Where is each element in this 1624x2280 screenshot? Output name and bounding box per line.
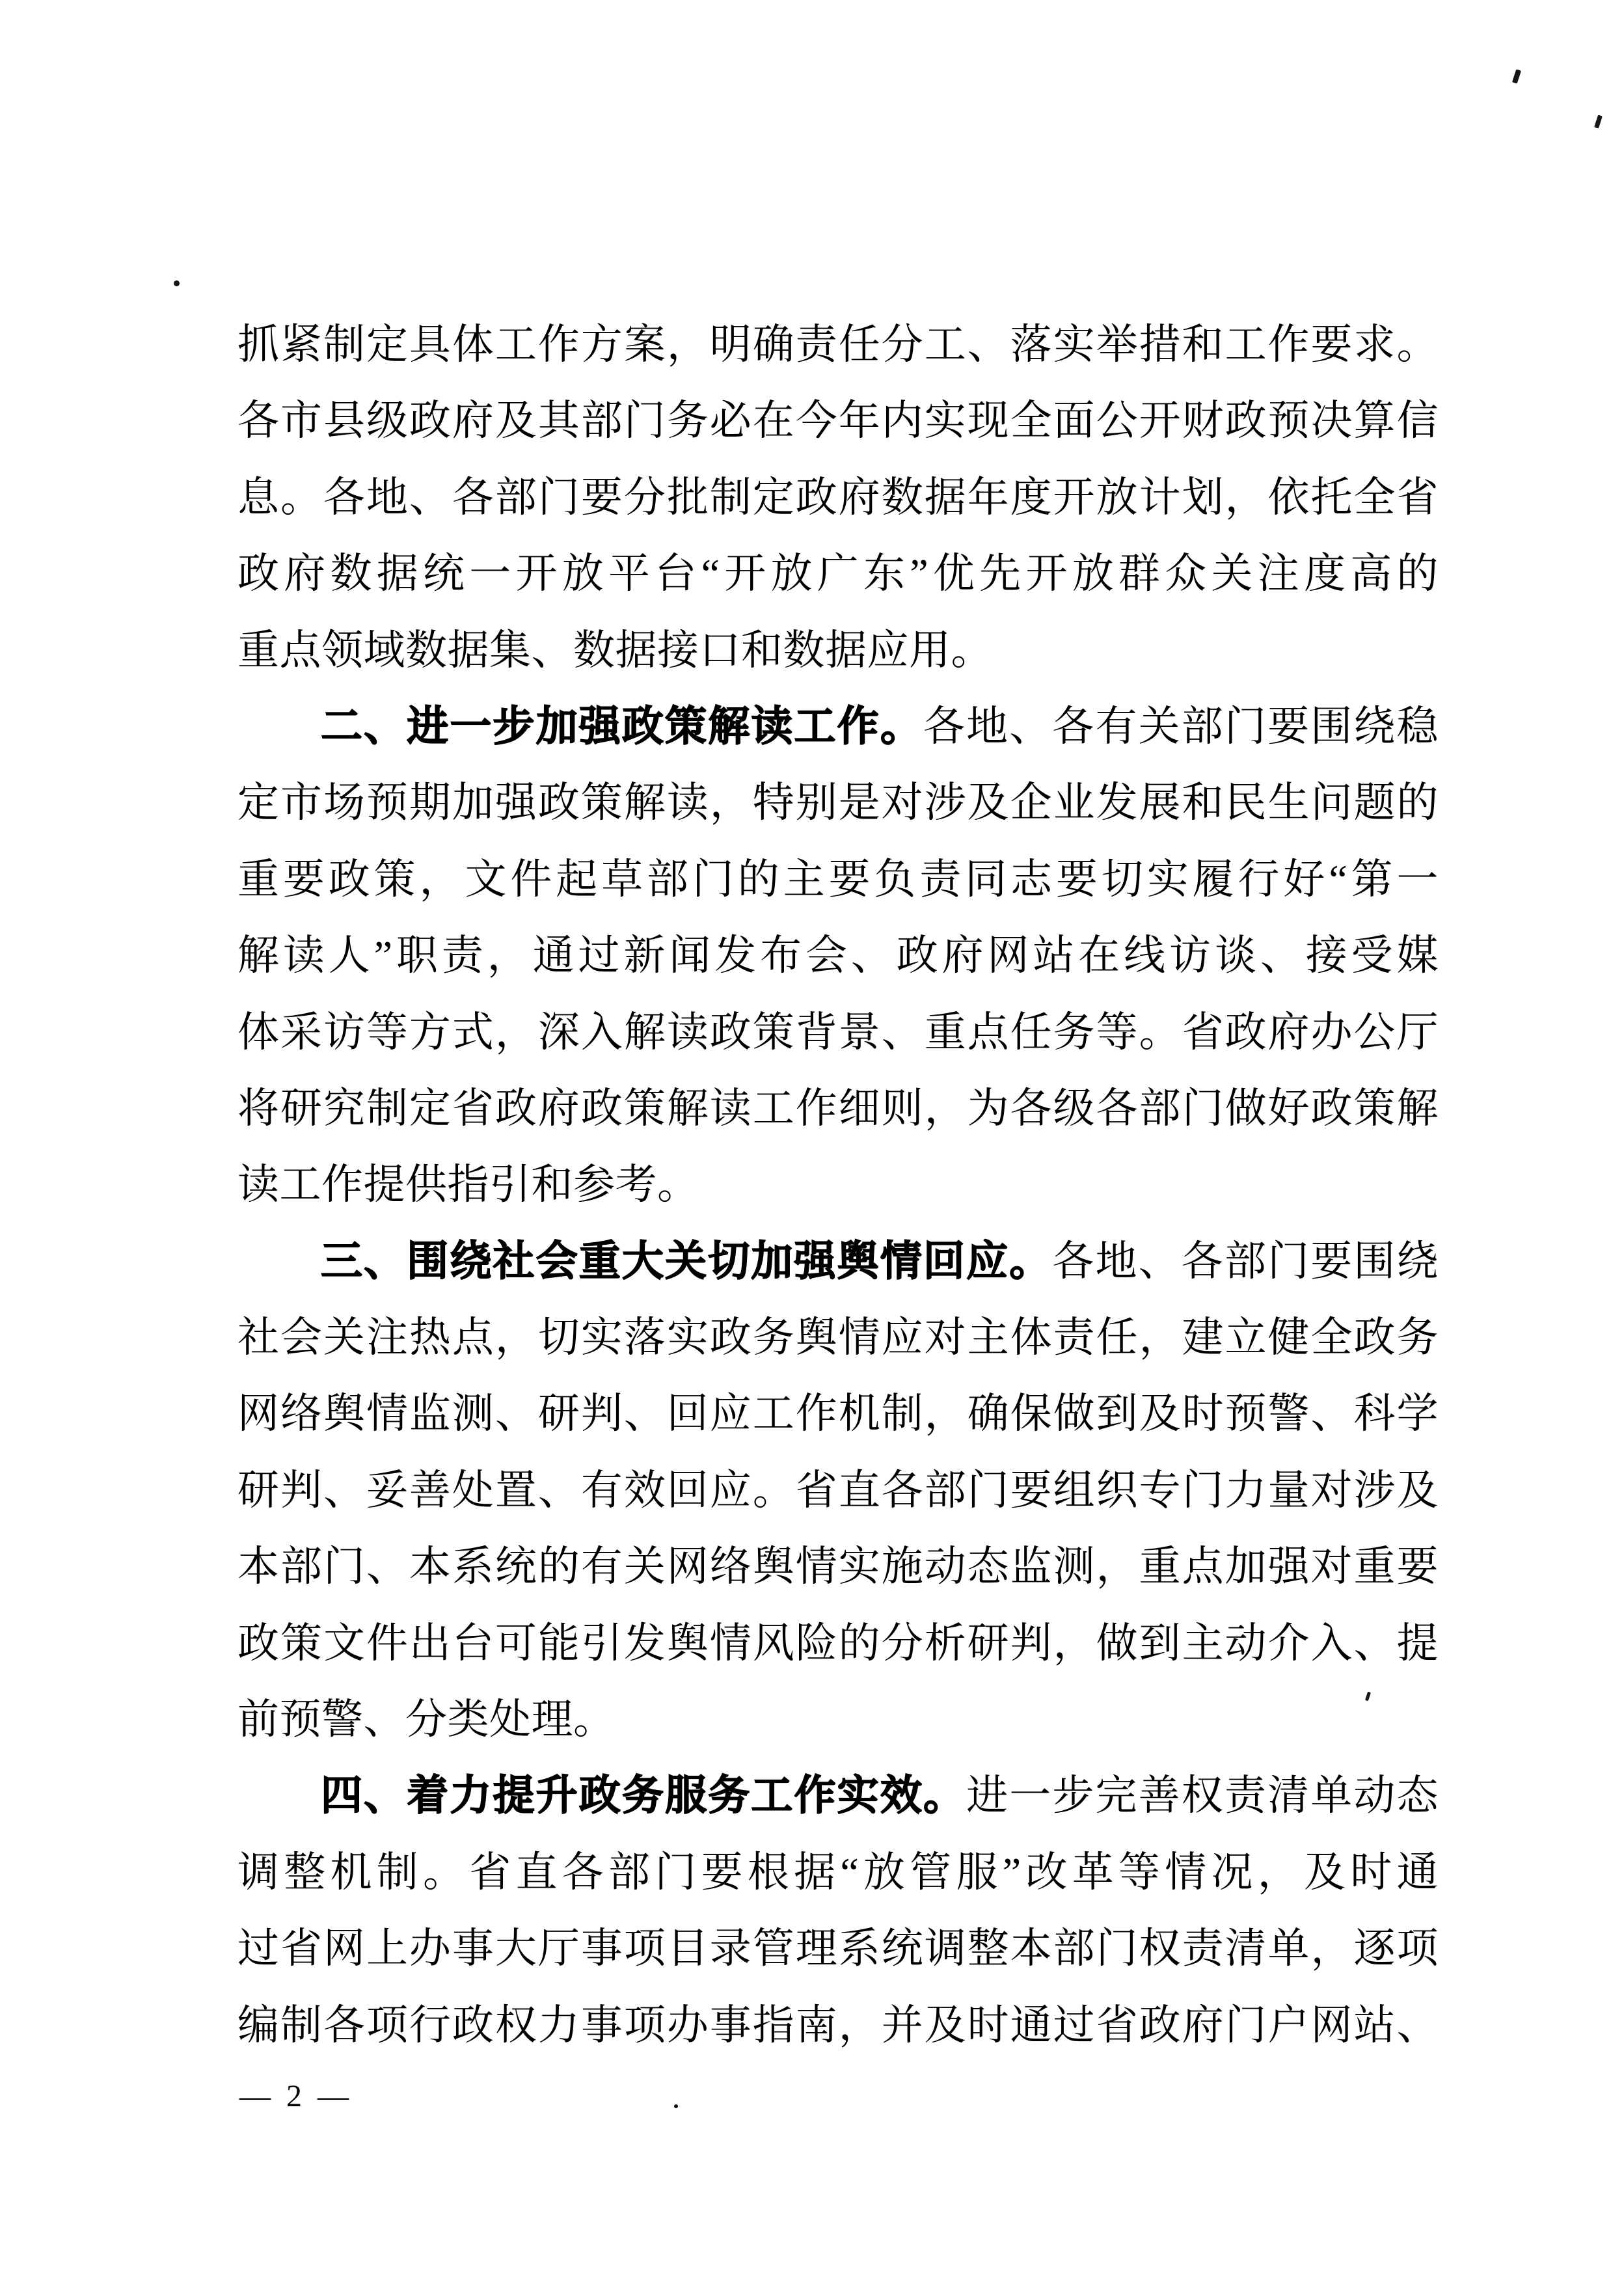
body-text: 各地、各部门要围绕: [1052, 1238, 1439, 1284]
text-line: 编制各项行政权力事项办事指南，并及时通过省政府门户网站、: [237, 1987, 1439, 2063]
scanned-document-page: 抓紧制定具体工作方案，明确责任分工、落实举措和工作要求。各市县级政府及其部门务必…: [0, 0, 1624, 2280]
body-text: 息。各地、各部门要分批制定政府数据年度开放计划，依托全省: [237, 474, 1439, 521]
body-text: 过省网上办事大厅事项目录管理系统调整本部门权责清单，逐项: [237, 1925, 1439, 1972]
text-line: 社会关注热点，切实落实政务舆情应对主体责任，建立健全政务: [237, 1299, 1439, 1376]
body-text: 政策文件出台可能引发舆情风险的分析研判，做到主动介入、提: [237, 1620, 1439, 1666]
text-line: 政策文件出台可能引发舆情风险的分析研判，做到主动介入、提: [237, 1605, 1439, 1681]
text-line: 三、围绕社会重大关切加强舆情回应。各地、各部门要围绕: [237, 1223, 1439, 1299]
text-line: 重要政策，文件起草部门的主要负责同志要切实履行好“第一: [237, 841, 1439, 917]
section-heading-text: 二、进一步加强政策解读工作。: [321, 703, 923, 750]
text-line: 抓紧制定具体工作方案，明确责任分工、落实举措和工作要求。: [237, 306, 1439, 383]
text-line: 各市县级政府及其部门务必在今年内实现全面公开财政预决算信: [237, 383, 1439, 459]
body-text: 各地、各有关部门要围绕稳: [923, 703, 1439, 750]
section-heading-text: 四、着力提升政务服务工作实效。: [321, 1772, 966, 1819]
body-text: 社会关注热点，切实落实政务舆情应对主体责任，建立健全政务: [237, 1314, 1439, 1361]
body-text: 政府数据统一开放平台“开放广东”优先开放群众关注度高的: [237, 550, 1439, 597]
text-line: 本部门、本系统的有关网络舆情实施动态监测，重点加强对重要: [237, 1528, 1439, 1605]
body-text: 调整机制。省直各部门要根据“放管服”改革等情况，及时通: [237, 1849, 1439, 1895]
text-line: 读工作提供指引和参考。: [237, 1147, 1439, 1223]
scan-speck-icon: [174, 280, 180, 286]
text-line: 研判、妥善处置、有效回应。省直各部门要组织专门力量对涉及: [237, 1452, 1439, 1528]
body-text: 本部门、本系统的有关网络舆情实施动态监测，重点加强对重要: [237, 1543, 1439, 1590]
text-line: 网络舆情监测、研判、回应工作机制，确保做到及时预警、科学: [237, 1376, 1439, 1452]
document-text: 抓紧制定具体工作方案，明确责任分工、落实举措和工作要求。各市县级政府及其部门务必…: [237, 306, 1439, 2063]
text-line: 重点领域数据集、数据接口和数据应用。: [237, 612, 1439, 688]
text-line: 体采访等方式，深入解读政策背景、重点任务等。省政府办公厅: [237, 994, 1439, 1070]
scan-speck-icon: [1594, 115, 1603, 128]
body-text: 将研究制定省政府政策解读工作细则，为各级各部门做好政策解: [237, 1085, 1439, 1132]
body-text: 重点领域数据集、数据接口和数据应用。: [237, 627, 993, 673]
body-text: 体采访等方式，深入解读政策背景、重点任务等。省政府办公厅: [237, 1009, 1439, 1055]
text-line: 将研究制定省政府政策解读工作细则，为各级各部门做好政策解: [237, 1070, 1439, 1147]
scan-speck-icon: [674, 2104, 678, 2108]
body-text: 各市县级政府及其部门务必在今年内实现全面公开财政预决算信: [237, 398, 1439, 444]
body-text: 读工作提供指引和参考。: [237, 1161, 699, 1208]
body-text: 重要政策，文件起草部门的主要负责同志要切实履行好“第一: [237, 856, 1439, 903]
text-line: 前预警、分类处理。: [237, 1681, 1439, 1758]
body-text: 网络舆情监测、研判、回应工作机制，确保做到及时预警、科学: [237, 1391, 1439, 1437]
body-text: 研判、妥善处置、有效回应。省直各部门要组织专门力量对涉及: [237, 1467, 1439, 1513]
body-text: 编制各项行政权力事项办事指南，并及时通过省政府门户网站、: [237, 2002, 1439, 2048]
text-line: 二、进一步加强政策解读工作。各地、各有关部门要围绕稳: [237, 688, 1439, 765]
text-line: 过省网上办事大厅事项目录管理系统调整本部门权责清单，逐项: [237, 1910, 1439, 1987]
text-line: 政府数据统一开放平台“开放广东”优先开放群众关注度高的: [237, 536, 1439, 612]
body-text: 解读人”职责，通过新闻发布会、政府网站在线访谈、接受媒: [237, 932, 1439, 979]
body-text: 前预警、分类处理。: [237, 1696, 616, 1743]
section-heading-text: 三、围绕社会重大关切加强舆情回应。: [321, 1238, 1052, 1284]
scan-speck-icon: [1512, 69, 1521, 83]
body-text: 抓紧制定具体工作方案，明确责任分工、落实举措和工作要求。: [237, 321, 1439, 368]
text-line: 四、着力提升政务服务工作实效。进一步完善权责清单动态: [237, 1758, 1439, 1834]
body-text: 定市场预期加强政策解读，特别是对涉及企业发展和民生问题的: [237, 780, 1439, 826]
text-line: 解读人”职责，通过新闻发布会、政府网站在线访谈、接受媒: [237, 917, 1439, 994]
text-line: 调整机制。省直各部门要根据“放管服”改革等情况，及时通: [237, 1834, 1439, 1910]
text-line: 定市场预期加强政策解读，特别是对涉及企业发展和民生问题的: [237, 765, 1439, 841]
page-number: — 2 —: [239, 2077, 353, 2116]
body-text: 进一步完善权责清单动态: [966, 1772, 1439, 1819]
text-line: 息。各地、各部门要分批制定政府数据年度开放计划，依托全省: [237, 459, 1439, 536]
